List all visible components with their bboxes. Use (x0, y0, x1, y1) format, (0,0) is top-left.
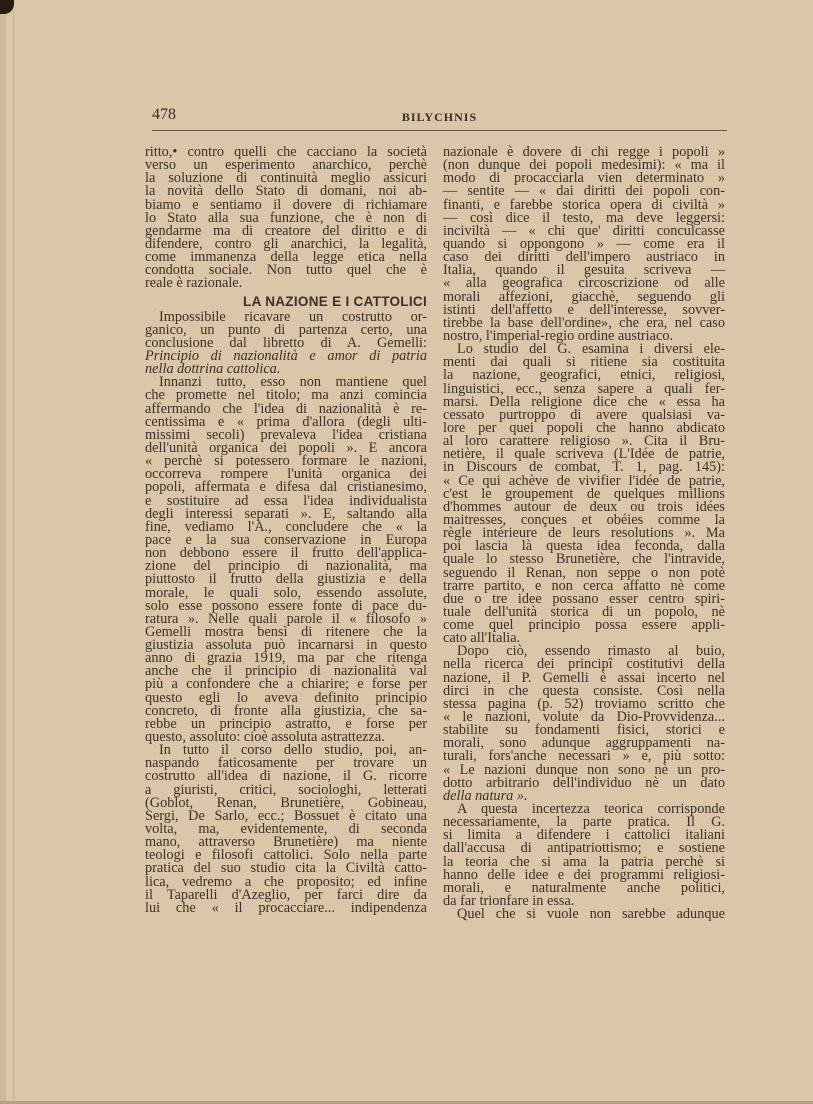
text-line: lui che « il procacciare... indipendenza (145, 902, 427, 915)
page-header: 478 BILYCHNIS (152, 106, 727, 131)
left-column: ritto,• contro quelli che cacciano la so… (145, 146, 427, 915)
section-heading: LA NAZIONE E I CATTOLICI (145, 293, 427, 311)
scanned-page: 478 BILYCHNIS ritto,• contro quelli che … (0, 0, 813, 1104)
page-fold-line (13, 10, 14, 1104)
scan-corner-shadow (0, 0, 14, 14)
right-column: nazionale è dovere di chi regge i popoli… (443, 146, 725, 921)
text-line: reale è razionale. (145, 277, 427, 290)
running-title: BILYCHNIS (152, 110, 727, 125)
text-line: Quel che si vuole non sarebbe adunque (443, 908, 725, 921)
